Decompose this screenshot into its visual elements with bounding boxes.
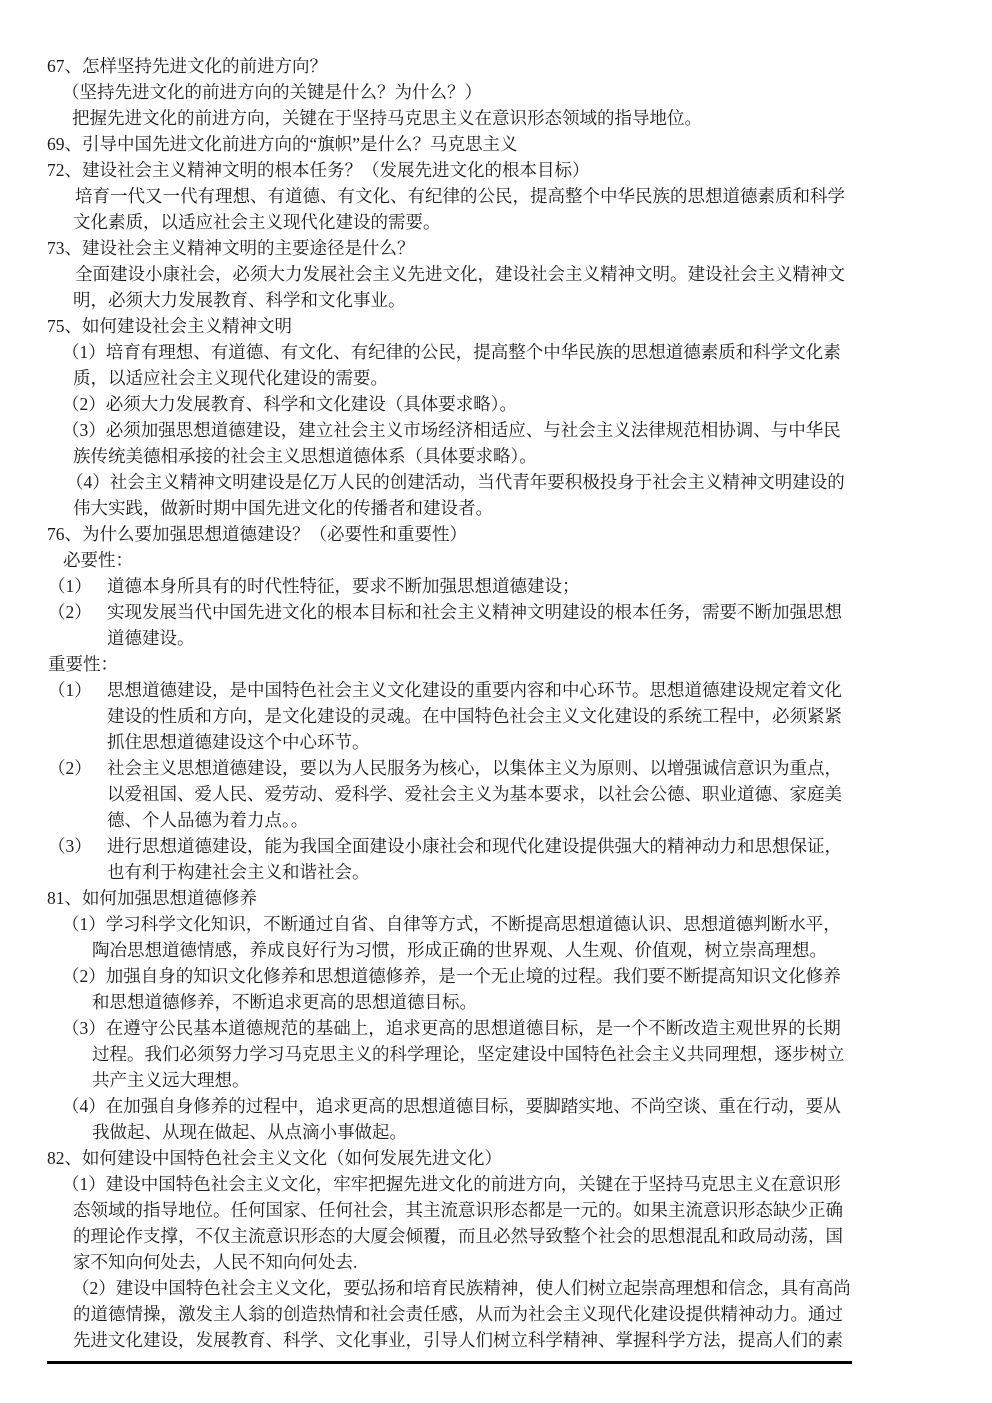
text-line-6: 培育一代又一代有理想、有道德、有文化、有纪律的公民，提高整个中华民族的思想道德素… — [75, 183, 845, 209]
list-item-text: 实现发展当代中国先进文化的根本目标和社会主义精神文明建设的根本任务，需要不断加强… — [107, 602, 842, 622]
list-item-marker: （3） — [48, 833, 107, 859]
text-line-30: 德、个人品德为着力点。。 — [107, 807, 308, 833]
text-line-24: 重要性： — [48, 651, 118, 677]
text-line-45: 态领域的指导地位。任何国家、任何社会，其主流意识形态都是一元的。如果主流意识形态… — [73, 1197, 843, 1223]
text-line-36: （2）加强自身的知识文化修养和思想道德修养，是一个无止境的过程。我们要不断提高知… — [62, 963, 841, 989]
text-line-22: （2）实现发展当代中国先进文化的根本目标和社会主义精神文明建设的根本任务，需要不… — [48, 599, 842, 625]
text-line-17: （4）社会主义精神文明建设是亿万人民的创建活动，当代青年要积极投身于社会主义精神… — [66, 469, 845, 495]
list-item-marker: （2） — [48, 755, 107, 781]
text-line-10: 明，必须大力发展教育、科学和文化事业。 — [73, 287, 406, 313]
list-item-text: 思想道德建设，是中国特色社会主义文化建设的重要内容和中心环节。思想道德建设规定着… — [107, 680, 842, 700]
text-line-37: 和思想道德修养，不断追求更高的思想道德目标。 — [92, 989, 477, 1015]
text-line-18: 伟大实践，做新时期中国先进文化的传播者和建设者。 — [73, 495, 493, 521]
text-line-31: （3）进行思想道德建设，能为我国全面建设小康社会和现代化建设提供强大的精神动力和… — [48, 833, 842, 859]
text-line-33: 81、如何加强思想道德修养 — [47, 885, 257, 911]
text-line-2: （坚持先进文化的前进方向的关键是什么？为什么？） — [62, 79, 482, 105]
text-line-26: 建设的性质和方向，是文化建设的灵魂。在中国特色社会主义文化建设的系统工程中，必须… — [107, 703, 842, 729]
text-line-41: （4）在加强自身修养的过程中，追求更高的思想道德目标，要脚踏实地、不尚空谈、重在… — [62, 1093, 841, 1119]
text-line-49: 的道德情操，激发主人翁的创造热情和社会责任感，从而为社会主义现代化建设提供精神动… — [73, 1301, 843, 1327]
list-item-text: 道德本身所具有的时代性特征，要求不断加强思想道德建设； — [107, 576, 580, 596]
text-line-4: 69、引导中国先进文化前进方向的“旗帜”是什么？马克思主义 — [47, 131, 518, 157]
text-line-40: 共产主义远大理想。 — [92, 1067, 250, 1093]
text-line-44: （1）建设中国特色社会主义文化，牢牢把握先进文化的前进方向，关键在于坚持马克思主… — [62, 1171, 841, 1197]
text-line-38: （3）在遵守公民基本道德规范的基础上，追求更高的思想道德目标，是一个不断改造主观… — [62, 1015, 841, 1041]
text-line-15: （3）必须加强思想道德建设，建立社会主义市场经济相适应、与社会主义法律规范相协调… — [62, 417, 841, 443]
text-line-1: 67、怎样坚持先进文化的前进方向？ — [47, 53, 327, 79]
text-line-27: 抓住思想道德建设这个中心环节。 — [107, 729, 370, 755]
text-line-47: 家不知向何处去，人民不知向何处去. — [73, 1249, 357, 1275]
text-line-46: 的理论作支撑，不仅主流意识形态的大厦会倾覆，而且必然导致整个社会的思想混乱和政局… — [73, 1223, 843, 1249]
text-line-3: 把握先进文化的前进方向，关键在于坚持马克思主义在意识形态领域的指导地位。 — [72, 105, 702, 131]
text-line-43: 82、如何建设中国特色社会主义文化（如何发展先进文化） — [47, 1145, 502, 1171]
text-line-39: 过程。我们必须努力学习马克思主义的科学理论，坚定建设中国特色社会主义共同理想，逐… — [92, 1041, 845, 1067]
text-line-7: 文化素质，以适应社会主义现代化建设的需要。 — [73, 209, 441, 235]
text-line-28: （2）社会主义思想道德建设，要以为人民服务为核心，以集体主义为原则、以增强诚信意… — [48, 755, 842, 781]
text-line-13: 质，以适应社会主义现代化建设的需要。 — [73, 365, 388, 391]
text-line-32: 也有利于构建社会主义和谐社会。 — [107, 859, 370, 885]
list-item-marker: （1） — [48, 677, 107, 703]
text-line-8: 73、建设社会主义精神文明的主要途径是什么？ — [47, 235, 415, 261]
text-line-35: 陶冶思想道德情感，养成良好行为习惯，形成正确的世界观、人生观、价值观，树立崇高理… — [92, 937, 827, 963]
text-line-42: 我做起、从现在做起、从点滴小事做起。 — [92, 1119, 407, 1145]
text-line-5: 72、建设社会主义精神文明的根本任务？（发展先进文化的根本目标） — [47, 157, 590, 183]
text-line-50: 先进文化建设，发展教育、科学、文化事业，引导人们树立科学精神、掌握科学方法，提高… — [73, 1327, 843, 1353]
text-line-11: 75、如何建设社会主义精神文明 — [47, 313, 292, 339]
page-bottom-divider — [47, 1361, 852, 1364]
text-line-16: 族传统美德相承接的社会主义思想道德体系（具体要求略）。 — [73, 443, 537, 469]
document-page: 67、怎样坚持先进文化的前进方向？（坚持先进文化的前进方向的关键是什么？为什么？… — [0, 0, 992, 1403]
text-line-14: （2）必须大力发展教育、科学和文化建设（具体要求略）。 — [62, 391, 517, 417]
text-line-34: （1）学习科学文化知识，不断通过自省、自律等方式，不断提高思想道德认识、思想道德… — [62, 911, 841, 937]
text-line-21: （1）道德本身所具有的时代性特征，要求不断加强思想道德建设； — [48, 573, 580, 599]
text-line-29: 以爱祖国、爱人民、爱劳动、爱科学、爱社会主义为基本要求，以社会公德、职业道德、家… — [107, 781, 842, 807]
text-line-20: 必要性： — [63, 547, 133, 573]
text-line-12: （1）培育有理想、有道德、有文化、有纪律的公民，提高整个中华民族的思想道德素质和… — [62, 339, 841, 365]
list-item-marker: （2） — [48, 599, 107, 625]
text-line-19: 76、为什么要加强思想道德建设？（必要性和重要性） — [47, 521, 467, 547]
text-line-48: （2）建设中国特色社会主义文化，要弘扬和培育民族精神，使人们树立起崇高理想和信念… — [72, 1275, 851, 1301]
list-item-marker: （1） — [48, 573, 107, 599]
text-line-25: （1）思想道德建设，是中国特色社会主义文化建设的重要内容和中心环节。思想道德建设… — [48, 677, 842, 703]
text-line-9: 全面建设小康社会，必须大力发展社会主义先进文化，建设社会主义精神文明。建设社会主… — [75, 261, 845, 287]
text-line-23: 道德建设。 — [107, 625, 195, 651]
list-item-text: 进行思想道德建设，能为我国全面建设小康社会和现代化建设提供强大的精神动力和思想保… — [107, 836, 842, 856]
list-item-text: 社会主义思想道德建设，要以为人民服务为核心，以集体主义为原则、以增强诚信意识为重… — [107, 758, 842, 778]
